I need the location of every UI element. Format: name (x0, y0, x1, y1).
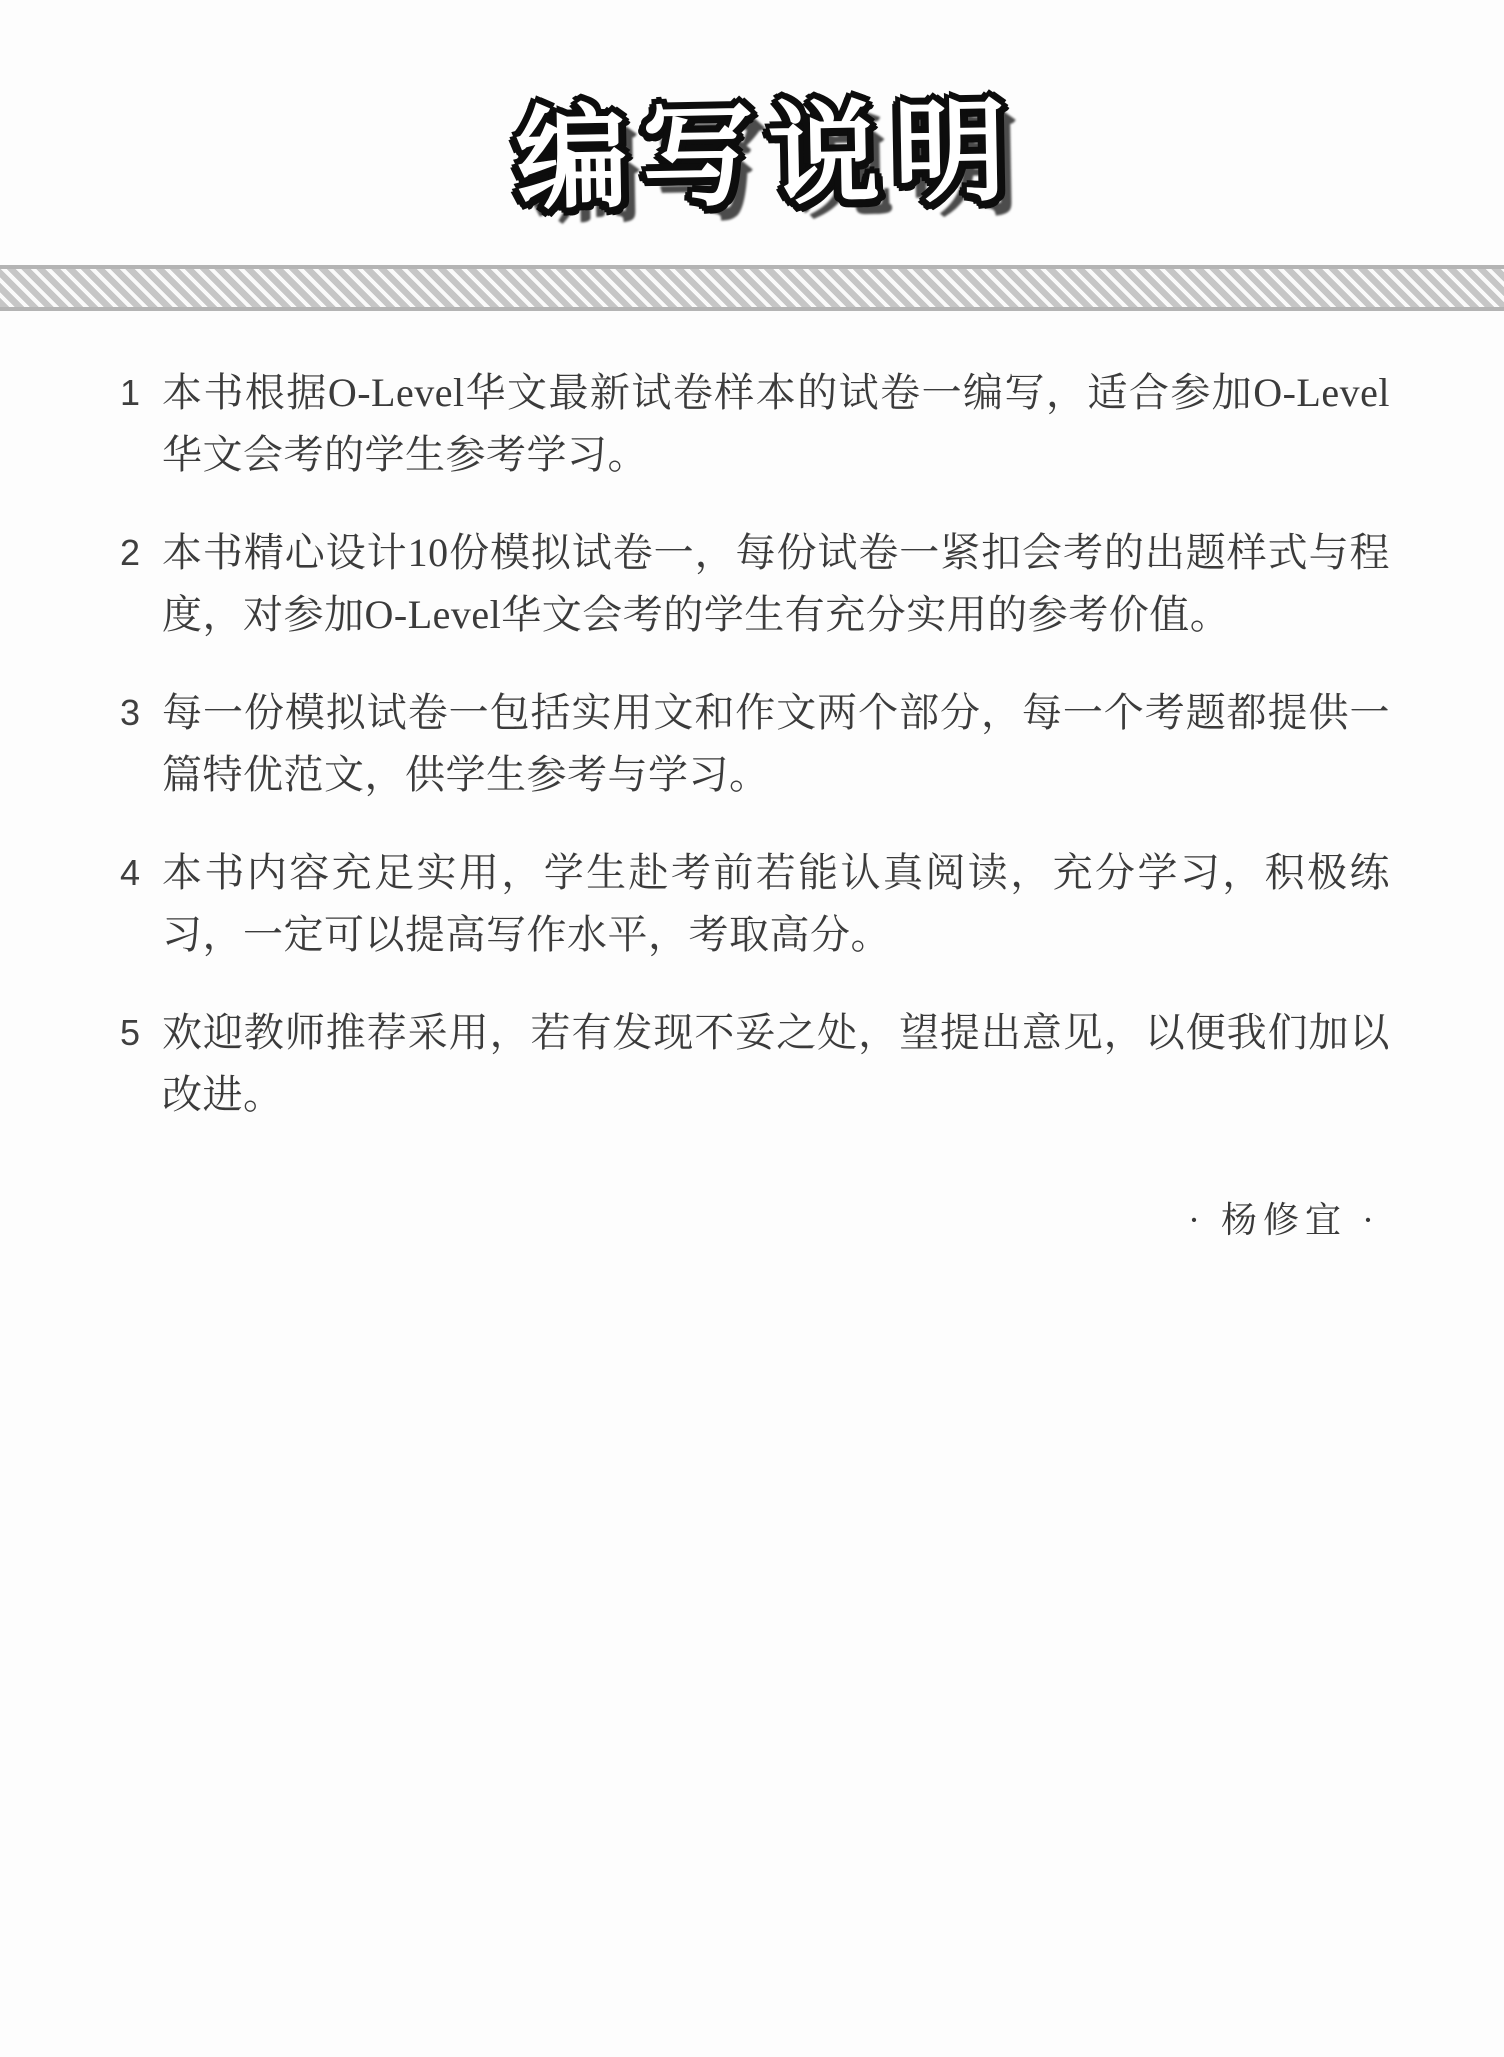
paragraph-number: 5 (120, 1002, 162, 1064)
paragraph-text: 本书精心设计10份模拟试卷一，每份试卷一紧扣会考的出题样式与程度，对参加O-Le… (162, 522, 1390, 646)
page-title: 编写说明 (0, 84, 1504, 230)
paragraph-number: 4 (120, 842, 162, 904)
paragraph-text: 每一份模拟试卷一包括实用文和作文两个部分，每一个考题都提供一篇特优范文，供学生参… (162, 682, 1390, 806)
paragraph-number: 3 (120, 682, 162, 744)
paragraph-text: 本书根据O-Level华文最新试卷样本的试卷一编写，适合参加O-Level华文会… (162, 362, 1390, 486)
numbered-paragraph: 2 本书精心设计10份模拟试卷一，每份试卷一紧扣会考的出题样式与程度，对参加O-… (120, 522, 1390, 646)
numbered-paragraph: 5 欢迎教师推荐采用，若有发现不妥之处，望提出意见，以便我们加以改进。 (120, 1002, 1390, 1126)
paragraph-number: 1 (120, 362, 162, 424)
numbered-paragraph: 4 本书内容充足实用，学生赴考前若能认真阅读，充分学习，积极练习，一定可以提高写… (120, 842, 1390, 966)
paragraph-text: 欢迎教师推荐采用，若有发现不妥之处，望提出意见，以便我们加以改进。 (162, 1002, 1390, 1126)
author-signature: · 杨修宜 · (1188, 1196, 1380, 1244)
book-page: 编写说明 1 本书根据O-Level华文最新试卷样本的试卷一编写，适合参加O-L… (0, 0, 1504, 2057)
numbered-paragraph: 3 每一份模拟试卷一包括实用文和作文两个部分，每一个考题都提供一篇特优范文，供学… (120, 682, 1390, 806)
numbered-paragraph: 1 本书根据O-Level华文最新试卷样本的试卷一编写，适合参加O-Level华… (120, 362, 1390, 486)
page-title-text: 编写说明 (515, 80, 1021, 234)
paragraph-list: 1 本书根据O-Level华文最新试卷样本的试卷一编写，适合参加O-Level华… (120, 362, 1390, 1162)
paragraph-text: 本书内容充足实用，学生赴考前若能认真阅读，充分学习，积极练习，一定可以提高写作水… (162, 842, 1390, 966)
divider-stripe-band (0, 265, 1504, 311)
paragraph-number: 2 (120, 522, 162, 584)
